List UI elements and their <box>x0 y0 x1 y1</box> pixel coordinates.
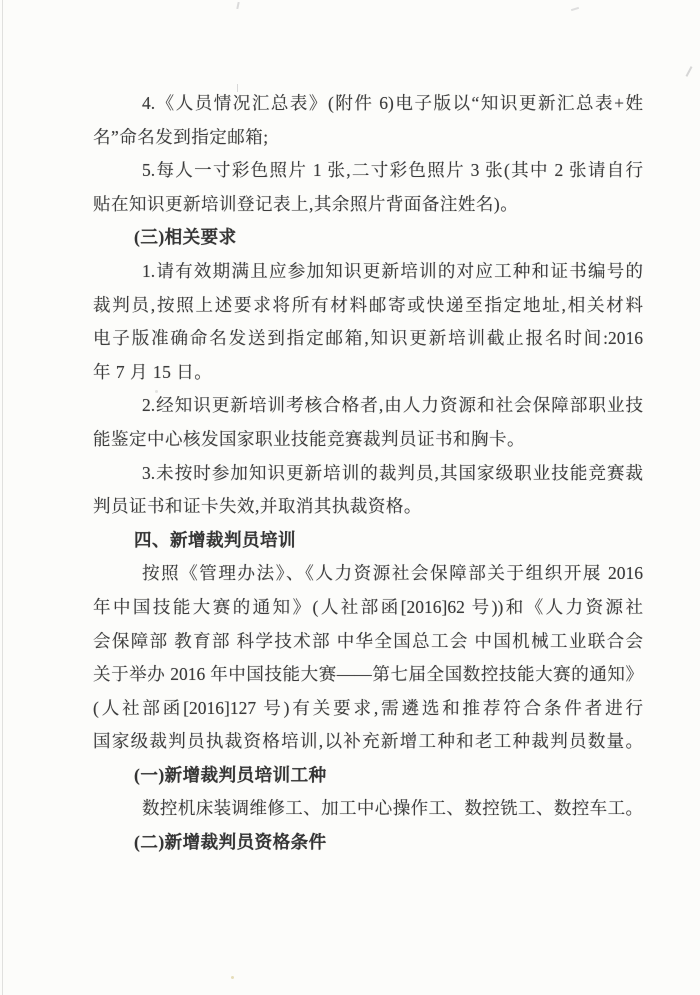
doc-line-req1-2: 裁判员,按照上述要求将所有材料邮寄或快递至指定地址,相关材料 <box>93 289 643 323</box>
scan-speck <box>571 7 579 11</box>
doc-line-req2-2: 能鉴定中心核发国家职业技能竞赛裁判员证书和胸卡。 <box>93 423 643 457</box>
doc-line-basis-4: 关于举办 2016 年中国技能大赛——第七届全国数控技能大赛的通知》 <box>93 658 643 692</box>
scan-speck <box>236 2 239 9</box>
doc-line-req3-2: 判员证书和证卡失效,并取消其执裁资格。 <box>93 490 643 524</box>
doc-line-req3-1: 3.未按时参加知识更新培训的裁判员,其国家级职业技能竞赛裁 <box>93 457 643 491</box>
doc-line-basis-2: 年中国技能大赛的通知》(人社部函[2016]62 号))和《人力资源社 <box>93 591 643 625</box>
scan-edge-artifact <box>2 0 3 995</box>
doc-line-req1-4: 年 7 月 15 日。 <box>93 356 643 390</box>
scanned-document-page: 4.《人员情况汇总表》(附件 6)电子版以“知识更新汇总表+姓 名”命名发到指定… <box>0 0 700 995</box>
doc-line-item4-2: 名”命名发到指定邮箱; <box>93 121 643 155</box>
heading-related-requirements: (三)相关要求 <box>93 221 643 255</box>
heading-new-referee-training: 四、新增裁判员培训 <box>93 524 643 558</box>
doc-line-req2-1: 2.经知识更新培训考核合格者,由人力资源和社会保障部职业技 <box>93 389 643 423</box>
doc-line-basis-6: 国家级裁判员执裁资格培训,以补充新增工种和老工种裁判员数量。 <box>93 725 643 759</box>
doc-line-req1-3: 电子版准确命名发送到指定邮箱,知识更新培训截止报名时间:2016 <box>93 322 643 356</box>
doc-line-item5-1: 5.每人一寸彩色照片 1 张,二寸彩色照片 3 张(其中 2 张请自行 <box>93 154 643 188</box>
heading-new-referee-qualifications: (二)新增裁判员资格条件 <box>93 826 643 860</box>
doc-line-req1-1: 1.请有效期满且应参加知识更新培训的对应工种和证书编号的 <box>93 255 643 289</box>
document-body: 4.《人员情况汇总表》(附件 6)电子版以“知识更新汇总表+姓 名”命名发到指定… <box>93 87 643 860</box>
doc-line-basis-1: 按照《管理办法》、《人力资源社会保障部关于组织开展 2016 <box>93 557 643 591</box>
scan-speck <box>231 976 234 979</box>
doc-line-worktypes: 数控机床装调维修工、加工中心操作工、数控铣工、数控车工。 <box>93 792 643 826</box>
heading-new-referee-worktypes: (一)新增裁判员培训工种 <box>93 759 643 793</box>
doc-line-basis-3: 会保障部 教育部 科学技术部 中华全国总工会 中国机械工业联合会 <box>93 625 643 659</box>
doc-line-item5-2: 贴在知识更新培训登记表上,其余照片背面备注姓名)。 <box>93 188 643 222</box>
doc-line-item4-1: 4.《人员情况汇总表》(附件 6)电子版以“知识更新汇总表+姓 <box>93 87 643 121</box>
doc-line-basis-5: (人社部函[2016]127 号)有关要求,需遴选和推荐符合条件者进行 <box>93 692 643 726</box>
scan-speck <box>686 66 693 77</box>
